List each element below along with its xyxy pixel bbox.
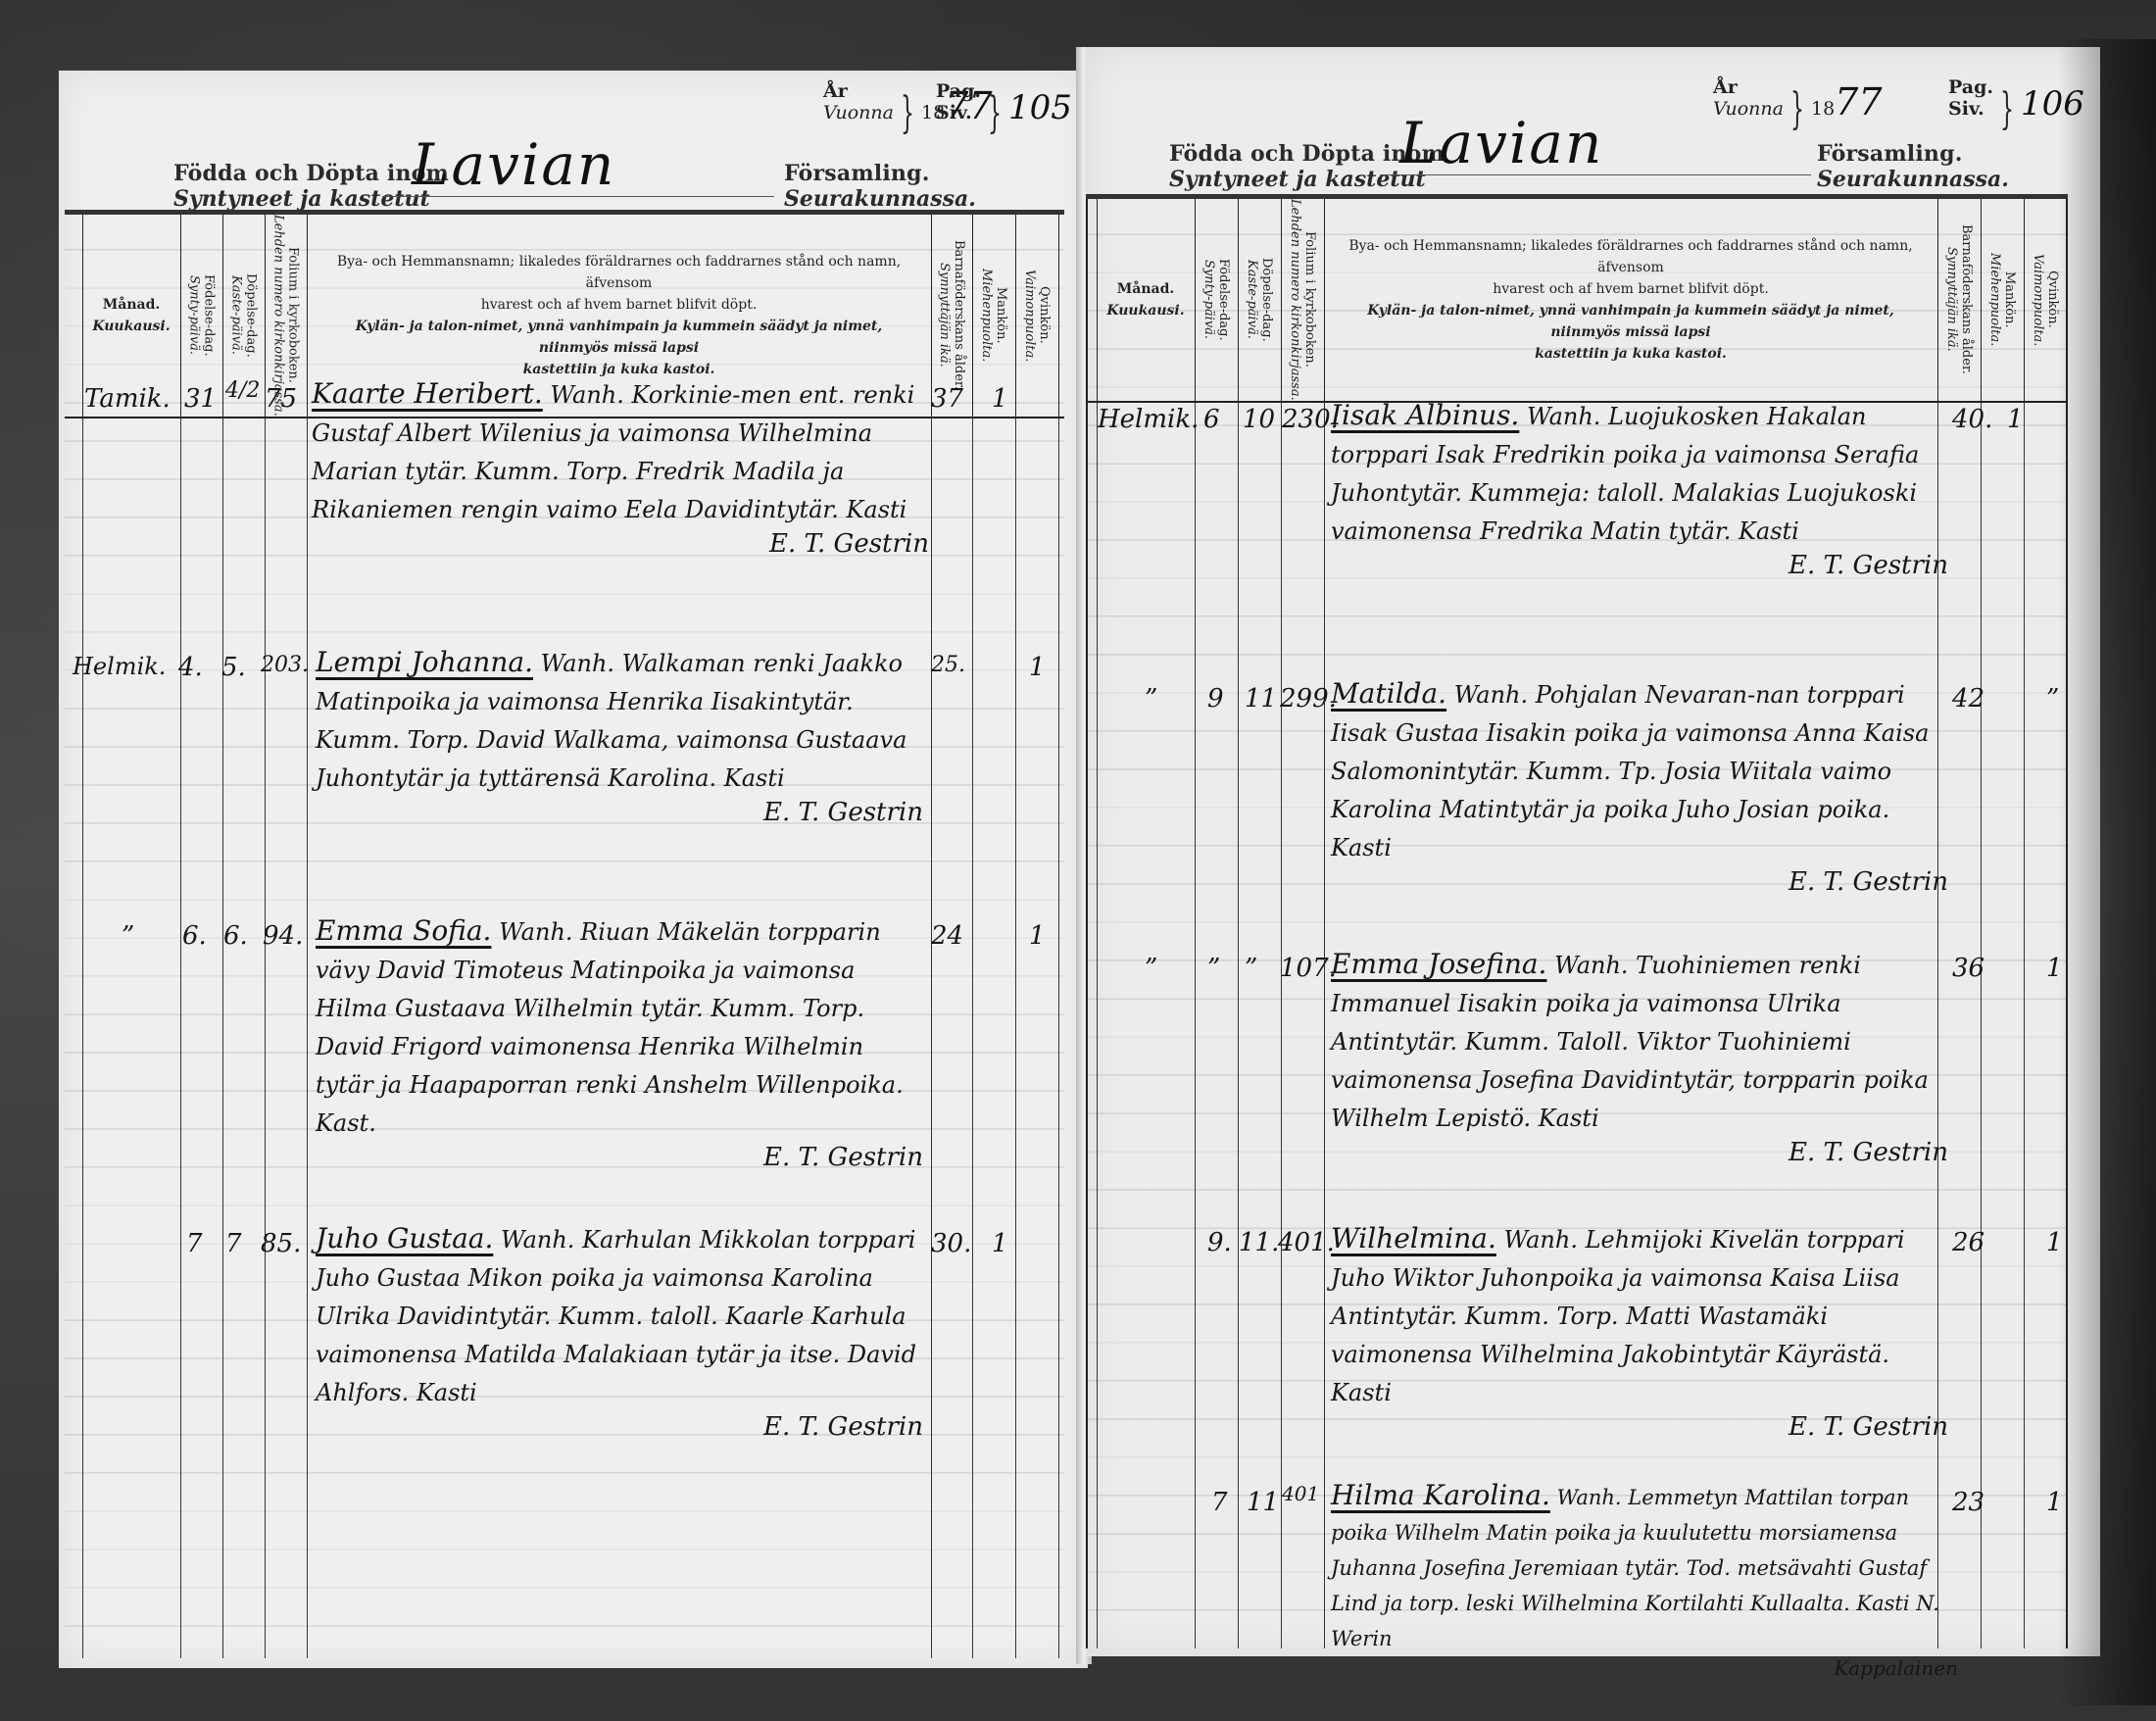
margin-cell: [65, 213, 82, 418]
page-number-label: Pag.Siv.}105: [936, 80, 1072, 135]
entry-month: Tamik.: [84, 384, 171, 414]
entry-folio: 94.: [263, 921, 303, 951]
register-entry: Kaarte Heribert. Wanh. Korkinie-men ent.…: [312, 374, 929, 559]
brace-icon: }: [988, 92, 1002, 135]
entry-mother-age: 37: [931, 384, 963, 414]
officiant-signature: E. T. Gestrin: [316, 1143, 923, 1172]
child-name: Hilma Karolina.: [1331, 1479, 1550, 1511]
year-label-sv: År: [823, 80, 848, 102]
child-name: Kaarte Heribert.: [312, 377, 543, 410]
year-prefix: 18: [1811, 98, 1835, 120]
entry-mother-age: 42: [1952, 684, 1984, 713]
officiant-title: Kappalainen: [1331, 1656, 1958, 1680]
entry-female-count: 1: [1029, 921, 1046, 951]
entry-folio: 75: [265, 384, 297, 414]
officiant-signature: E. T. Gestrin: [1331, 551, 1948, 580]
column-header-baptism-day: Döpelse-dag.Kaste-päivä.: [1238, 197, 1281, 402]
officiant-signature: E. T. Gestrin: [1331, 1138, 1948, 1167]
officiant-signature: E. T. Gestrin: [312, 529, 929, 559]
column-header-mother-age: Barnaföderskans ålder.Synnyttäjän ikä.: [1937, 197, 1981, 402]
entry-mother-age: 23: [1952, 1488, 1984, 1517]
entry-folio: 401: [1282, 1482, 1319, 1505]
entry-male-count: 1: [2007, 405, 2024, 434]
parish-suffix-fi: Seurakunnassa.: [784, 186, 976, 212]
title-fi: Syntyneet ja kastetut: [173, 186, 430, 212]
entry-birth-day: 7: [1211, 1488, 1228, 1517]
column-header-details: Bya- och Hemmansnamn; likaledes föräldra…: [1324, 197, 1937, 402]
entry-mother-age: 40.: [1952, 405, 1992, 434]
page-label-fi: Siv.: [936, 102, 972, 123]
year-label-fi: Vuonna: [1713, 98, 1784, 120]
entry-female-count: 1: [1029, 653, 1046, 682]
title-fi: Syntyneet ja kastetut: [1169, 167, 1426, 192]
child-name: Iisak Albinus.: [1331, 399, 1519, 431]
column-header-month: Månad.Kuukausi.: [1097, 197, 1195, 402]
child-name: Emma Sofia.: [316, 914, 491, 947]
page-number: 105: [1008, 88, 1072, 127]
entry-month: ”: [1145, 954, 1157, 983]
entry-month: ”: [1145, 684, 1157, 713]
entry-birth-day: 6: [1203, 405, 1220, 434]
entry-baptism-day: ”: [1245, 954, 1257, 983]
entry-mother-age: 36: [1952, 954, 1984, 983]
child-name: Emma Josefina.: [1331, 948, 1546, 980]
child-name: Lempi Johanna.: [316, 646, 533, 678]
register-entry: Emma Josefina. Wanh. Tuohiniemen renki I…: [1331, 945, 1948, 1167]
entry-mother-age: 26: [1952, 1228, 1984, 1257]
entry-baptism-day: 11.: [1239, 1228, 1279, 1257]
column-header-female: Qvinkön.Vaimonpuolta.: [1015, 213, 1058, 418]
entry-baptism-day: 5.: [221, 653, 246, 682]
entry-male-count: 1: [992, 1229, 1008, 1258]
officiant-signature: E. T. Gestrin: [316, 1412, 923, 1442]
year-label-fi: Vuonna: [823, 102, 894, 123]
page-label-sv: Pag.: [936, 80, 981, 102]
parish-suffix-fi: Seurakunnassa.: [1817, 167, 2009, 192]
brace-icon: }: [1790, 88, 1804, 131]
margin-cell: [1058, 213, 1064, 418]
entry-male-count: 1: [992, 384, 1008, 414]
entry-baptism-day: 10: [1243, 405, 1275, 434]
entry-month: Helmik.: [73, 653, 166, 680]
entry-baptism-day: 7: [225, 1229, 242, 1258]
entry-birth-day: 31: [184, 384, 217, 414]
register-entry: Iisak Albinus. Wanh. Luojukosken Hakalan…: [1331, 396, 1948, 580]
register-entry: Matilda. Wanh. Pohjalan Nevaran-nan torp…: [1331, 674, 1948, 897]
child-name: Wilhelmina.: [1331, 1222, 1496, 1254]
entry-mother-age: 25.: [931, 653, 965, 677]
entry-folio: 107.: [1280, 954, 1337, 983]
year-label: ÅrVuonna}1877: [1713, 76, 1883, 131]
entry-folio: 299.: [1280, 684, 1337, 713]
page-label-sv: Pag.: [1948, 76, 1993, 98]
child-name: Matilda.: [1331, 677, 1446, 710]
entry-month: Helmik.: [1098, 405, 1199, 434]
register-entry: Emma Sofia. Wanh. Riuan Mäkelän torppari…: [316, 911, 923, 1172]
entry-month: ”: [122, 921, 134, 951]
entry-text: Wanh. Riuan Mäkelän torpparin vävy David…: [316, 918, 904, 1137]
entry-birth-day: 9.: [1207, 1228, 1232, 1257]
title-sv: Födda och Döpta inom: [173, 161, 449, 186]
parish-name: Lavian: [1399, 110, 1603, 176]
page-edge-shadow: [2058, 39, 2156, 1705]
entry-baptism-day: 4/2: [225, 378, 260, 403]
register-entry: Juho Gustaa. Wanh. Karhulan Mikkolan tor…: [316, 1219, 923, 1442]
register-entry: Hilma Karolina. Wanh. Lemmetyn Mattilan …: [1331, 1478, 1958, 1680]
officiant-signature: E. T. Gestrin: [1331, 1412, 1948, 1442]
page-label-fi: Siv.: [1948, 98, 1984, 120]
column-header-birth-day: Födelse-dag.Synty-päivä.: [1195, 197, 1238, 402]
register-entry: Wilhelmina. Wanh. Lehmijoki Kivelän torp…: [1331, 1219, 1948, 1442]
entry-folio: 401.: [1278, 1228, 1335, 1257]
entry-baptism-day: 6.: [223, 921, 248, 951]
parish-suffix-sv: Församling.: [784, 161, 930, 186]
left-page: ÅrVuonna}1877 Pag.Siv.}105 Födda och Döp…: [59, 71, 1088, 1668]
entry-mother-age: 24: [931, 921, 963, 951]
entry-birth-day: ”: [1207, 954, 1220, 983]
entry-birth-day: 4.: [178, 653, 203, 682]
margin-cell: [1087, 197, 1097, 402]
entry-mother-age: 30.: [931, 1229, 971, 1258]
officiant-signature: E. T. Gestrin: [316, 798, 923, 827]
entry-birth-day: 7: [186, 1229, 203, 1258]
column-header-male: Mankön.Miehenpuolta.: [1981, 197, 2024, 402]
parish-suffix-sv: Församling.: [1817, 141, 1963, 167]
entry-folio: 85.: [261, 1229, 301, 1258]
entry-folio: 203.: [261, 653, 309, 677]
year-suffix: 77: [1835, 80, 1882, 123]
right-page: ÅrVuonna}1877 Pag.Siv.}106 Födda och Döp…: [1086, 47, 2100, 1656]
child-name: Juho Gustaa.: [316, 1222, 493, 1254]
brace-icon: }: [901, 92, 914, 135]
parish-name: Lavian: [412, 131, 615, 198]
entry-baptism-day: 11: [1245, 684, 1277, 713]
year-label-sv: År: [1713, 76, 1738, 98]
entry-birth-day: 6.: [182, 921, 207, 951]
entry-baptism-day: 11: [1247, 1488, 1279, 1517]
officiant-signature: E. T. Gestrin: [1331, 867, 1948, 897]
entry-birth-day: 9: [1207, 684, 1224, 713]
brace-icon: }: [2000, 88, 2014, 131]
column-header-folio: Folium i kyrkoboken.Lehden numero kirkon…: [1281, 197, 1324, 402]
register-entry: Lempi Johanna. Wanh. Walkaman renki Jaak…: [316, 643, 923, 827]
